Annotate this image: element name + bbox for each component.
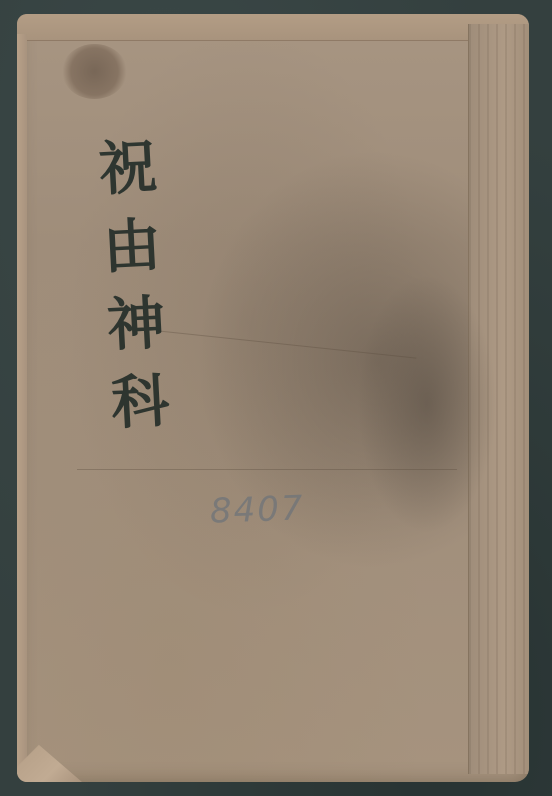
crease [77, 469, 457, 470]
title-char: 由 [101, 206, 163, 287]
water-stain [62, 44, 127, 99]
book-title: 祝 由 神 科 [81, 127, 187, 443]
left-edge [17, 34, 27, 774]
book-cover: 祝 由 神 科 [17, 14, 529, 782]
title-char: 神 [105, 283, 167, 364]
top-edge [17, 14, 529, 41]
catalog-number: 8407 [209, 488, 305, 531]
water-stain [357, 274, 497, 534]
title-char: 祝 [97, 128, 159, 209]
title-char: 科 [109, 361, 171, 442]
